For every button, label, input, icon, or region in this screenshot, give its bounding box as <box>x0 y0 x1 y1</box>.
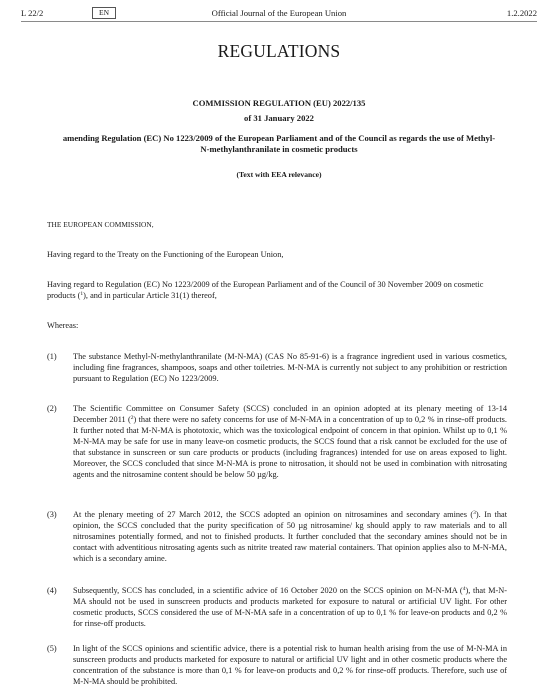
recital-number: (4) <box>47 585 57 596</box>
having-regard-regulation: Having regard to Regulation (EC) No 1223… <box>47 279 507 301</box>
regulation-title: COMMISSION REGULATION (EU) 2022/135 <box>0 98 558 108</box>
recital-text: At the plenary meeting of 27 March 2012,… <box>73 509 507 564</box>
recital-text: Subsequently, SCCS has concluded, in a s… <box>73 585 507 629</box>
having-regard-treaty: Having regard to the Treaty on the Funct… <box>47 249 507 260</box>
authority: THE EUROPEAN COMMISSION, <box>47 219 507 230</box>
page-header: L 22/2 EN Official Journal of the Europe… <box>21 4 537 22</box>
section-title: REGULATIONS <box>0 41 558 62</box>
recital-number: (5) <box>47 643 57 654</box>
journal-title: Official Journal of the European Union <box>21 8 537 18</box>
recital-text: The substance Methyl-N-methylanthranilat… <box>73 351 507 384</box>
regulation-date: of 31 January 2022 <box>0 113 558 123</box>
recital-number: (1) <box>47 351 57 362</box>
recital-number: (2) <box>47 403 57 414</box>
recital-number: (3) <box>47 509 57 520</box>
publication-date: 1.2.2022 <box>507 8 537 18</box>
eea-relevance: (Text with EEA relevance) <box>0 170 558 179</box>
having-regard-text-cont: ), and in particular Article 31(1) there… <box>83 291 217 300</box>
whereas: Whereas: <box>47 320 507 331</box>
recital-text: In light of the SCCS opinions and scient… <box>73 643 507 687</box>
recital-text: The Scientific Committee on Consumer Saf… <box>73 403 507 480</box>
regulation-subject: amending Regulation (EC) No 1223/2009 of… <box>60 133 498 155</box>
